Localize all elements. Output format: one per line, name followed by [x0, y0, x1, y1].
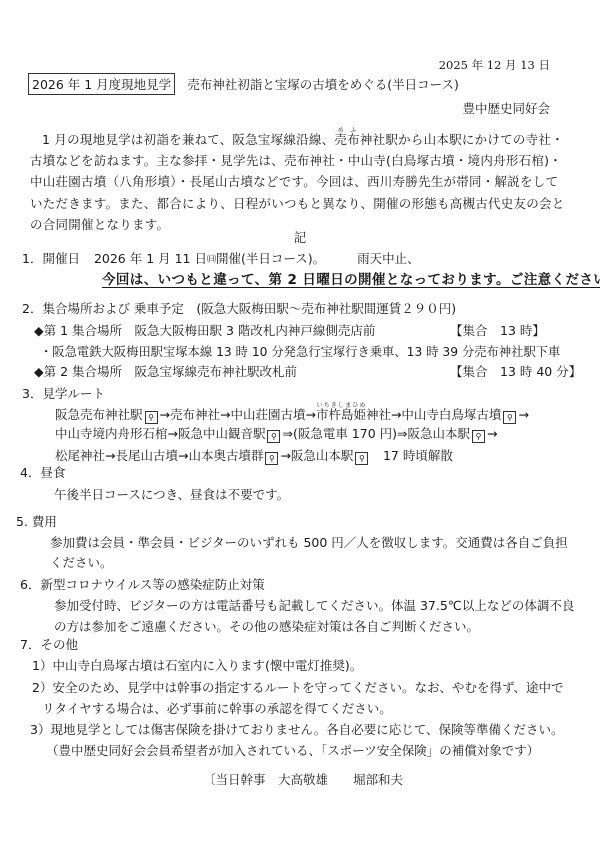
covid-text-1: 参加受付時、ビジターの方は電話番号も記載してください。体温 37.5℃以上などの…: [54, 596, 574, 614]
rain-cancel: 雨天中止、: [357, 251, 420, 266]
ruby-ichikishimahime: 市杵島姫いちきしまひめ: [316, 407, 366, 422]
other-item-2b: リタイヤする場合は、必ず事前に幹事の承認を得てください。: [42, 699, 392, 717]
toilet-icon: ⚲: [145, 411, 158, 424]
other-item-2a: 2）安全のため、見学中は幹事の指定するルートを守ってください。なお、やむを得ず、…: [32, 678, 563, 696]
route-line-1: 阪急売布神社駅⚲→売布神社→中山荘園古墳→市杵島姫いちきしまひめ神社→中山寺白鳥…: [55, 402, 529, 424]
section-5-heading: 5. 費用: [16, 512, 57, 530]
toilet-icon: ⚲: [267, 430, 280, 443]
meeting-place-2: ◆第 2 集合場所 阪急宝塚線売布神社駅改札前: [34, 362, 297, 380]
section-1-row: 1．開催日 2026 年 1 月 11 日㈰開催(半日コース)。 雨天中止、: [22, 249, 420, 267]
section-2-heading: 2．集合場所および 乗車予定 (阪急大阪梅田駅～売布神社駅間運賃２９０円): [22, 299, 456, 317]
meeting-place-1: ◆第 1 集合場所 阪急大阪梅田駅 3 階改札内神戸線側売店前: [34, 321, 375, 339]
route-line-3: 松尾神社→長尾山古墳→山本奥古墳群⚲→阪急山本駅⚲ 17 時頃解散: [55, 446, 453, 465]
event-label-box: 2026 年 1 月度現地見学: [28, 73, 175, 95]
ruby-mefu: 売布めふ: [334, 132, 360, 147]
intro-text-1: 1 月の現地見学は初詣を兼ねて、阪急宝塚線沿線、: [42, 132, 334, 147]
fee-text-2: ください。: [50, 553, 113, 571]
organizers: 〔当日幹事 大高敬雄 堀部和夫: [203, 770, 403, 788]
toilet-icon: ⚲: [355, 452, 368, 465]
meeting-time-1: 【集合 13 時】: [450, 321, 545, 339]
toilet-icon: ⚲: [503, 411, 516, 424]
organization-name: 豊中歴史同好会: [462, 99, 550, 117]
title-row: 2026 年 1 月度現地見学 売布神社初詣と宝塚の古墳をめぐる(半日コース): [28, 73, 459, 95]
section-3-heading: 3．見学ルート: [22, 384, 105, 402]
sunday-mark: ㈰: [207, 255, 216, 265]
toilet-icon: ⚲: [265, 452, 278, 465]
document-date: 2025 年 12 月 13 日: [439, 57, 550, 73]
toilet-icon: ⚲: [472, 430, 485, 443]
event-date-rest: 開催(半日コース)。: [216, 251, 325, 266]
section-4-heading: 4．昼食: [20, 463, 65, 481]
intro-paragraph: 1 月の現地見学は初詣を兼ねて、阪急宝塚線沿線、売布めふ神社駅から山本駅にかけて…: [30, 127, 568, 235]
other-item-1: 1）中山寺白鳥塚古墳は石室内に入ります(懐中電灯推奨)。: [32, 656, 362, 674]
schedule-notice: 今回は、いつもと違って、第 2 日曜日の開催となっております。ご注意ください。: [102, 268, 600, 288]
other-item-3b: （豊中歴史同好会会員希望者が加入されている、「スポーツ安全保険」の補償対象です）: [46, 741, 539, 759]
route-line-2: 中山寺境内舟形石棺→阪急中山観音駅⚲⇒(阪急電車 170 円)⇒阪急山本駅⚲→: [55, 424, 497, 443]
train-info: ・阪急電鉄大阪梅田駅宝塚本線 13 時 10 分発急行宝塚行き乗車、13 時 3…: [40, 342, 560, 360]
section-7-heading: 7．その他: [20, 635, 78, 653]
section-6-heading: 6．新型コロナウイルス等の感染症防止対策: [20, 575, 265, 593]
section-1-heading: 1．開催日: [22, 251, 80, 266]
document-title: 売布神社初詣と宝塚の古墳をめぐる(半日コース): [187, 75, 459, 93]
ki-heading: 記: [0, 228, 600, 246]
event-date: 2026 年 1 月 11 日: [94, 251, 207, 266]
fee-text-1: 参加費は会員・準会員・ビジターのいずれも 500 円／人を徴収します。交通費は各…: [50, 533, 568, 551]
lunch-note: 午後半日コースにつき、昼食は不要です。: [54, 485, 289, 503]
other-item-3a: 3）現地見学としては傷害保険を掛けておりません。各自必要に応じて、保険等準備くだ…: [30, 720, 563, 738]
meeting-time-2: 【集合 13 時 40 分】: [450, 362, 581, 380]
covid-text-2: の方は参加をご遠慮ください。その他の感染症対策は各自ご判断ください。: [54, 617, 479, 635]
